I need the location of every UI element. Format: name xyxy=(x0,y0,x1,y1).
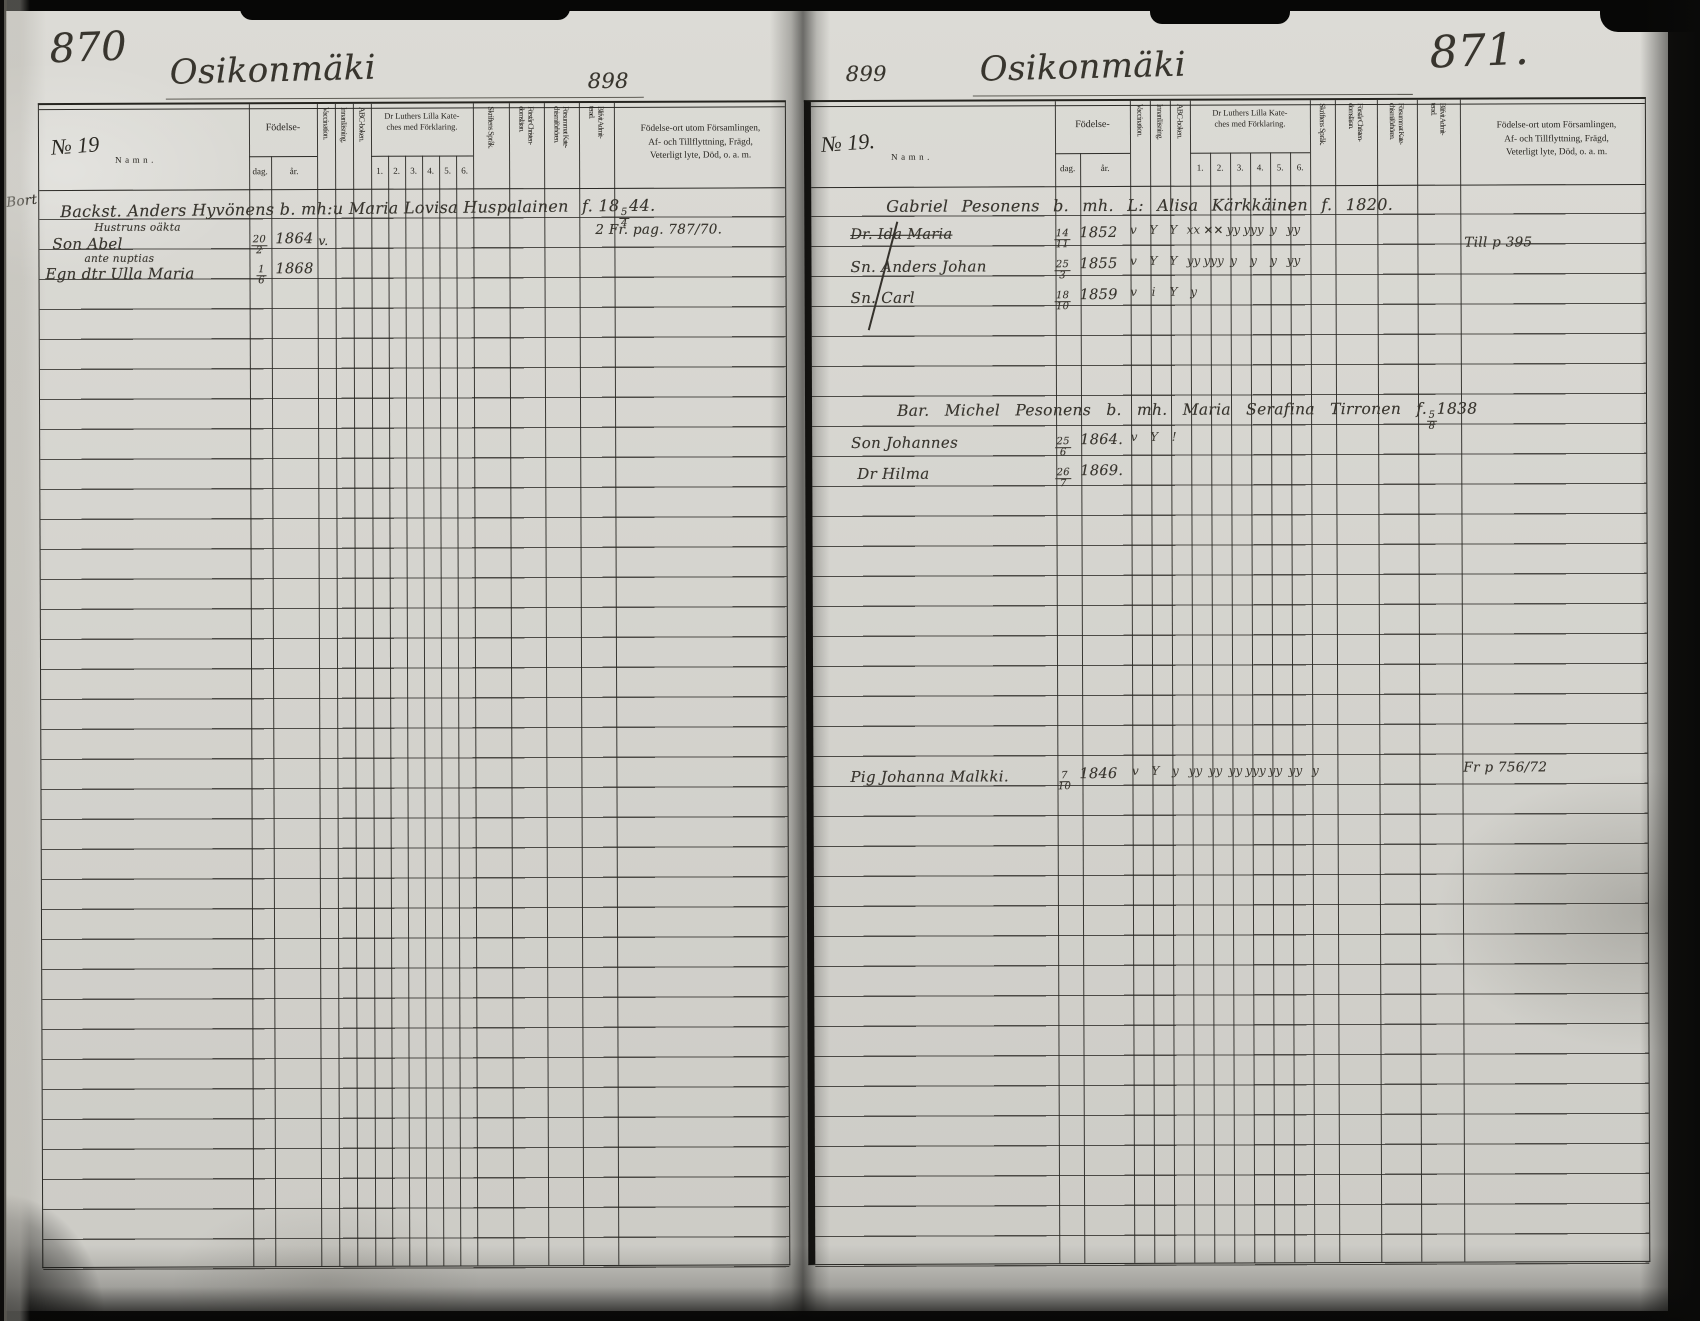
entry-birth-year: 1855 xyxy=(1079,256,1117,272)
missed-exam-header: Försummat Kate-chismiförhören. xyxy=(1377,100,1417,185)
right-folio-number: 899 xyxy=(846,62,887,86)
catechism-col-5: 5. xyxy=(439,166,456,176)
family1-transfer-note: Till p 395 xyxy=(1464,234,1532,250)
scanned-parish-register-spread: 870 Osikonmäki 898 xyxy=(0,0,1700,1321)
entry-name: Pig Johanna Malkki. xyxy=(850,767,1009,786)
catechism-header: Dr Luthers Lilla Kate- ches med Förklari… xyxy=(1190,108,1310,129)
maid-transfer-note: Fr p 756/72 xyxy=(1463,759,1547,775)
reading-header: Innanläsning. xyxy=(335,104,353,189)
left-record-number: № 19 xyxy=(50,131,100,160)
scripture-header: Skriftens Språk. xyxy=(1310,100,1335,185)
scripture-header: Skriftens Språk. xyxy=(473,103,509,188)
catechism-col-3: 3. xyxy=(405,166,422,176)
birth-year-header: år. xyxy=(1080,163,1130,173)
entry-birth-year: 1852 xyxy=(1079,225,1117,241)
missed-exam-header: Försummat Kate-chismiförhören. xyxy=(544,103,579,188)
abc-book-header: ABC-boken. xyxy=(353,104,371,189)
catechism-header: Dr Luthers Lilla Kate- ches med Förklari… xyxy=(371,111,473,132)
name-column-header: Namn. xyxy=(891,152,933,162)
left-page-number: 870 xyxy=(49,23,128,72)
birth-column-header: Födelse- xyxy=(249,122,317,133)
entry-annotation: ante nuptias xyxy=(84,253,154,265)
entry-name: Dr Hilma xyxy=(857,465,929,483)
catechism-col-6: 6. xyxy=(1290,162,1310,172)
name-column-header: Namn. xyxy=(115,155,157,165)
scan-edge-left xyxy=(0,0,30,1321)
entry-birth-year: 1869. xyxy=(1080,463,1123,479)
birth-subdivider xyxy=(249,156,317,157)
left-row-rules xyxy=(39,187,789,1270)
catechism-col-5: 5. xyxy=(1270,162,1290,172)
entry-birth-day: 16 xyxy=(248,253,274,286)
entry-birth-year: 1864 xyxy=(275,231,313,247)
left-transfer-note: 2 Fr. pag. 787/70. xyxy=(595,221,722,237)
understands-header: Förstår Christen-domsläran. xyxy=(509,103,544,188)
right-page-number: 871. xyxy=(1429,24,1530,79)
entry-birth-day: 1810 xyxy=(1050,279,1076,312)
catechism-subdivider xyxy=(1190,152,1310,154)
entry-name: Sn. Anders Johan xyxy=(850,257,986,276)
right-title-underline xyxy=(973,94,1413,97)
birth-subdivider xyxy=(1055,153,1130,154)
catechism-subdivider xyxy=(371,155,473,156)
page-content: 870 Osikonmäki 898 xyxy=(0,0,1700,1321)
right-page-title: Osikonmäki xyxy=(979,45,1186,90)
catechism-col-4: 4. xyxy=(1250,162,1270,172)
entry-name: Son Abel xyxy=(52,235,122,253)
left-table-double-rule xyxy=(39,106,785,110)
right-family1-line: Gabriel Pesonens b. mh. L: Alisa Kärkkäi… xyxy=(886,195,1393,216)
entry-marks: vYyyyyyyyyyyyyyyy xyxy=(1125,763,1355,786)
admitted-header: Blifvit Admit-terad. xyxy=(1417,100,1460,185)
vaccination-header: Vaccination. xyxy=(1130,101,1150,186)
entry-marks: vYYxx××yyyyyyyy xyxy=(1123,222,1353,245)
left-page-title: Osikonmäki xyxy=(169,48,376,93)
entry-birth-day: 202 xyxy=(246,223,272,256)
birth-day-header: dag. xyxy=(249,166,271,176)
entry-name: Son Johannes xyxy=(851,434,958,452)
vaccination-header: Vaccination. xyxy=(317,104,335,189)
notes-column-header: Födelse-ort utom Församlingen, Af- och T… xyxy=(1460,119,1653,160)
entry-name: Egn dtr Ulla Maria xyxy=(45,265,194,284)
entry-marks: vY! xyxy=(1124,429,1354,452)
entry-birth-year: 1846 xyxy=(1079,766,1117,782)
right-table-double-rule xyxy=(811,102,1645,106)
reading-header: Innanläsning. xyxy=(1150,101,1170,186)
notes-column-header: Födelse-ort utom Församlingen, Af- och T… xyxy=(614,122,787,163)
binding-gutter-shadow xyxy=(770,0,830,1321)
entry-annotation: Hustruns oäkta xyxy=(94,222,180,234)
catechism-col-4: 4. xyxy=(422,166,439,176)
entry-name: Dr. Ida Maria xyxy=(850,227,952,243)
birth-day-header: dag. xyxy=(1055,163,1080,173)
entry-name: Sn. Carl xyxy=(851,289,915,307)
entry-birth-year: 1859 xyxy=(1080,287,1118,303)
entry-birth-year: 1864. xyxy=(1080,432,1123,448)
entry-birth-day: 267 xyxy=(1050,456,1076,489)
catechism-col-6: 6. xyxy=(456,165,473,175)
admitted-header: Blifvit Admit-terad. xyxy=(579,103,614,188)
scan-edge-right xyxy=(1640,0,1700,1321)
left-folio-number: 898 xyxy=(588,69,629,93)
entry-birth-day: 253 xyxy=(1049,248,1075,281)
entry-birth-day: 1411 xyxy=(1049,217,1075,250)
catechism-col-3: 3. xyxy=(1230,162,1250,172)
scan-edge-bottom xyxy=(0,1245,1700,1321)
birth-column-header: Födelse- xyxy=(1055,119,1130,130)
entry-marks: vYYyyyyyyyyyy xyxy=(1123,253,1353,276)
catechism-col-1: 1. xyxy=(371,166,388,176)
entry-birth-year: 1868 xyxy=(275,261,313,277)
catechism-col-2: 2. xyxy=(1210,163,1230,173)
catechism-col-1: 1. xyxy=(1190,163,1210,173)
scan-edge-blob xyxy=(1150,0,1290,24)
abc-book-header: ABC-boken. xyxy=(1170,101,1190,186)
entry-birth-day: 256 xyxy=(1050,425,1076,458)
entry-marks: viYy xyxy=(1124,284,1354,307)
entry-birth-day: 710 xyxy=(1051,759,1077,792)
birth-year-header: år. xyxy=(271,166,317,176)
entry-vaccination-mark: v. xyxy=(318,233,328,248)
catechism-col-2: 2. xyxy=(388,166,405,176)
left-title-underline xyxy=(166,97,644,100)
scan-edge-blob xyxy=(240,0,570,20)
right-family2-line: Bar. Michel Pesonens b. mh. Maria Serafi… xyxy=(897,400,1477,434)
understands-header: Förstår Christen-domsläran. xyxy=(1335,100,1377,185)
